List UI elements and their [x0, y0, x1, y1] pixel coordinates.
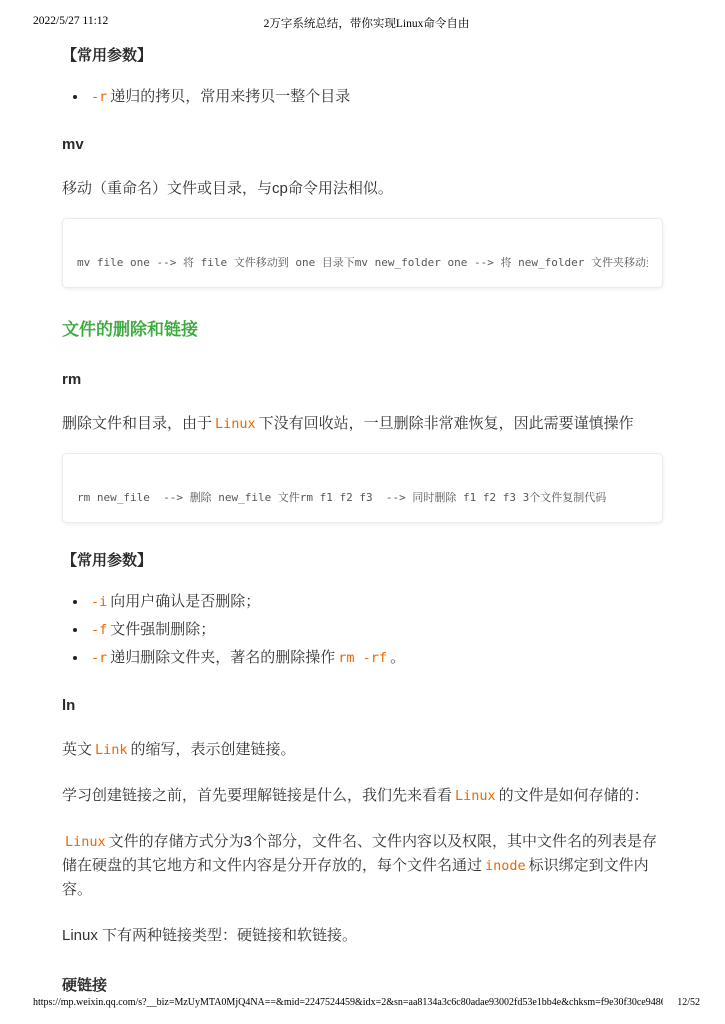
list-item: -i向用户确认是否删除；	[88, 592, 663, 612]
text-run: 学习创建链接之前，首先要理解链接是什么，我们先来看看	[62, 787, 452, 804]
article-content: 【常用参数】-r递归的拷贝，常用来拷贝一整个目录mv移动（重命名）文件或目录，与…	[62, 18, 663, 996]
inline-code: Link	[95, 742, 128, 758]
code-text: mv file one --> 将 file 文件移动到 one 目录下mv n…	[77, 255, 648, 271]
text-run: Linux 下有两种链接类型：硬链接和软链接。	[62, 927, 357, 944]
inline-code: -f	[91, 622, 107, 638]
list-item: -r递归的拷贝，常用来拷贝一整个目录	[88, 87, 663, 107]
code-text: rm new_file --> 删除 new_file 文件rm f1 f2 f…	[77, 490, 648, 506]
code-block: mv file one --> 将 file 文件移动到 one 目录下mv n…	[62, 218, 663, 288]
bullet-list: -r递归的拷贝，常用来拷贝一整个目录	[62, 87, 663, 107]
paragraph: 学习创建链接之前，首先要理解链接是什么，我们先来看看Linux的文件是如何存储的…	[62, 784, 663, 808]
inline-code: inode	[485, 858, 526, 874]
list-item: -f文件强制删除；	[88, 620, 663, 640]
text-run: 移动（重命名）文件或目录，与cp命令用法相似。	[62, 180, 393, 197]
print-footer: https://mp.weixin.qq.com/s?__biz=MzUyMTA…	[33, 997, 700, 1008]
paragraph: 英文Link的缩写，表示创建链接。	[62, 738, 663, 762]
subheading: ln	[62, 696, 663, 716]
text-run: 的文件是如何存储的：	[499, 787, 649, 804]
text-run: 英文	[62, 741, 92, 758]
text-run: 递归删除文件夹，著名的删除操作	[110, 649, 335, 666]
section-heading: 文件的删除和链接	[62, 318, 663, 342]
inline-code: -i	[91, 594, 107, 610]
paragraph: Linux文件的存储方式分为3个部分，文件名、文件内容以及权限，其中文件名的列表…	[62, 830, 663, 902]
bullet-list: -i向用户确认是否删除；-f文件强制删除；-r递归删除文件夹，著名的删除操作rm…	[62, 592, 663, 668]
inline-code: Linux	[65, 834, 106, 850]
text-run: 递归的拷贝，常用来拷贝一整个目录	[110, 88, 350, 105]
subheading: rm	[62, 370, 663, 390]
code-block: rm new_file --> 删除 new_file 文件rm f1 f2 f…	[62, 453, 663, 523]
page-number: 12/52	[677, 997, 700, 1008]
subheading: 硬链接	[62, 976, 663, 996]
text-run: 向用户确认是否删除；	[110, 593, 260, 610]
inline-code: -r	[91, 650, 107, 666]
inline-code: -r	[91, 89, 107, 105]
text-run: 。	[390, 649, 405, 666]
text-run: 下没有回收站，一旦删除非常难恢复，因此需要谨慎操作	[259, 415, 634, 432]
list-item: -r递归删除文件夹，著名的删除操作rm -rf。	[88, 648, 663, 668]
subheading: 【常用参数】	[62, 46, 663, 66]
text-run: 的缩写，表示创建链接。	[131, 741, 296, 758]
paragraph: Linux 下有两种链接类型：硬链接和软链接。	[62, 924, 663, 948]
subheading: mv	[62, 135, 663, 155]
text-run: 文件强制删除；	[110, 621, 215, 638]
paragraph: 移动（重命名）文件或目录，与cp命令用法相似。	[62, 177, 663, 201]
inline-code: rm -rf	[338, 650, 387, 666]
print-url: https://mp.weixin.qq.com/s?__biz=MzUyMTA…	[33, 997, 663, 1008]
inline-code: Linux	[215, 416, 256, 432]
text-run: 删除文件和目录，由于	[62, 415, 212, 432]
inline-code: Linux	[455, 788, 496, 804]
subheading: 【常用参数】	[62, 551, 663, 571]
paragraph: 删除文件和目录，由于Linux下没有回收站，一旦删除非常难恢复，因此需要谨慎操作	[62, 412, 663, 436]
